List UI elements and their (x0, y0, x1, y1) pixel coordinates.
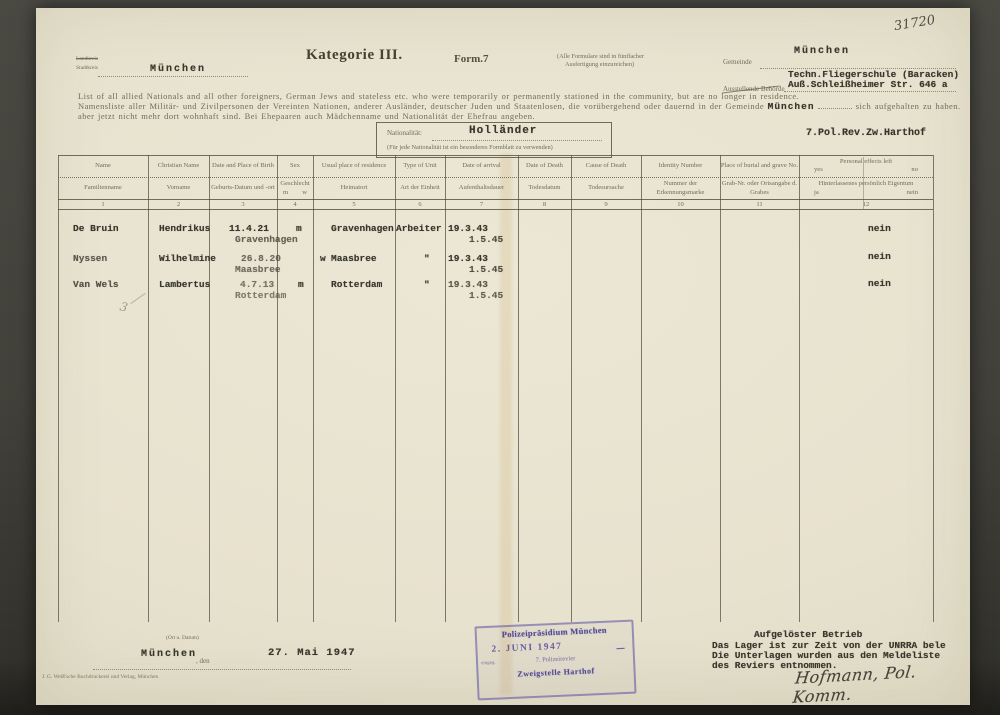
stamp-authority: Polizeipräsidium München (477, 624, 632, 641)
kreis-label-struck: Landkreis (76, 56, 98, 62)
cell-surname: De Bruin (73, 223, 119, 234)
copies-note-line1: (Alle Formulare sind in fünffacher (557, 53, 644, 60)
cell-unit: " (424, 253, 430, 264)
col-arrival-header-en: Date of arrival (445, 156, 518, 176)
kreis-label: Stadtkreis (76, 65, 98, 71)
page-title: Kategorie III. (306, 47, 403, 64)
col-residence-header-de: Heimatort (313, 179, 395, 198)
intro-german-part1: Namensliste aller Militär- und Zivilpers… (78, 101, 764, 111)
col-number: 8 (518, 201, 571, 209)
cell-birth-place: Gravenhagen (235, 234, 298, 245)
col-sex-header-de: Geschlecht m w (277, 179, 313, 198)
cell-arrival-date: 19.3.43 (448, 223, 488, 234)
nationality-label: Nationalität: (387, 129, 422, 137)
table-header-dotted-line (58, 176, 933, 178)
cell-sex: w (320, 253, 326, 264)
col-sex-header-en: Sex (277, 156, 313, 176)
col-residence-header-en: Usual place of residence (313, 156, 395, 176)
table-row: Nyssen Wilhelmine 26.8.20 Maasbree w Maa… (36, 253, 970, 279)
effects-no-label: no (911, 166, 918, 174)
footer-date: 27. Mai 1947 (268, 647, 356, 659)
col-effects-header-en: Personal effects left yes no (799, 156, 933, 176)
col-number: 2 (148, 201, 209, 209)
cell-sex: m (298, 279, 304, 290)
col-number: 7 (445, 201, 518, 209)
table-header-line (58, 199, 933, 200)
cell-residence: Rotterdam (331, 279, 382, 290)
cell-departure-date: 1.5.45 (469, 264, 503, 275)
cell-departure-date: 1.5.45 (469, 290, 503, 301)
table-header-bottom-line (58, 209, 933, 210)
intro-inline-city: München (768, 101, 815, 112)
dotted-gap (818, 101, 852, 109)
col-identity-header-en: Identity Number (641, 156, 720, 176)
intro-english: List of all allied Nationals and all oth… (78, 91, 799, 101)
col-death-date-header-de: Todesdatum (518, 179, 571, 198)
cell-effects-no: nein (868, 251, 891, 262)
col-death-cause-header-en: Cause of Death (571, 156, 641, 176)
col-birth-header-en: Date and Place of Birth (209, 156, 277, 176)
col-christian-name-header-de: Vorname (148, 179, 209, 198)
cell-surname: Van Wels (73, 279, 119, 290)
col-number: 6 (395, 201, 445, 209)
dotted-line (93, 668, 351, 670)
col-birth-header-de: Geburts-Datum und -ort (209, 179, 277, 198)
col-number: 4 (277, 201, 313, 209)
dotted-line (98, 75, 248, 77)
stamp-date: 2. JUNI 1947 (491, 642, 562, 655)
col-identity-header-de: Nummer der Erkennungsmarke (641, 179, 720, 198)
cell-arrival-date: 19.3.43 (448, 279, 488, 290)
stamp-precinct: 7. Polizeirevier (478, 653, 633, 667)
col-burial-header-de: Grab-Nr. oder Ortsangabe d. Grabes (720, 179, 799, 198)
cell-birth-date: 26.8.20 (241, 253, 281, 264)
handwritten-number: 31720 (893, 13, 936, 34)
place-date-caption: (Ort u. Datum) (166, 635, 199, 641)
kreis-value: München (150, 64, 206, 75)
nationality-value: Holländer (469, 125, 537, 137)
effects-ja-label: ja (814, 189, 819, 197)
cell-effects-no: nein (868, 278, 891, 289)
cell-birth-place: Rotterdam (235, 290, 286, 301)
nationality-note: (Für jede Nationalität ist ein besondere… (387, 144, 553, 151)
cell-birth-date: 4.7.13 (240, 279, 274, 290)
cell-effects-no: nein (868, 223, 891, 234)
gemeinde-label: Gemeinde (723, 58, 752, 66)
dotted-line (432, 139, 602, 141)
col-number: 3 (209, 201, 277, 209)
col-number: 5 (313, 201, 395, 209)
police-stamp: Polizeipräsidium München 2. JUNI 1947 – … (474, 620, 636, 701)
document-paper: 31720 Kategorie III. Form.7 (Alle Formul… (36, 8, 970, 705)
col-number: 10 (641, 201, 720, 209)
col-unit-header-en: Type of Unit (395, 156, 445, 176)
col-name-header-en: Name (58, 156, 148, 176)
cell-birth-place: Maasbree (235, 264, 281, 275)
cell-residence: Gravenhagen (331, 223, 394, 234)
pencil-mark: 3 (118, 299, 129, 314)
gemeinde-value: München (794, 46, 850, 57)
col-death-cause-header-de: Todesursache (571, 179, 641, 198)
col-unit-header-de: Art der Einheit (395, 179, 445, 198)
cell-first-name: Lambertus (159, 279, 210, 290)
table-row: Van Wels Lambertus 4.7.13 Rotterdam m Ro… (36, 279, 970, 305)
col-name-header-de: Familienname (58, 179, 148, 198)
intro-german-line3: aber jetzt nicht mehr dort wohnhaft sind… (78, 111, 535, 121)
col-number: 12 (799, 201, 933, 209)
cell-birth-date: 11.4.21 (229, 223, 269, 234)
col-death-date-header-en: Date of Death (518, 156, 571, 176)
cell-departure-date: 1.5.45 (469, 234, 503, 245)
footer-place: München (141, 649, 197, 660)
scan-background: 31720 Kategorie III. Form.7 (Alle Formul… (0, 0, 1000, 715)
remark-title: Aufgelöster Betrieb (754, 629, 862, 640)
table-row: De Bruin Hendrikus 11.4.21 Gravenhagen m… (36, 223, 970, 249)
col-number: 11 (720, 201, 799, 209)
cell-unit: " (424, 279, 430, 290)
col-christian-name-header-en: Christian Name (148, 156, 209, 176)
col-number: 1 (58, 201, 148, 209)
cell-first-name: Hendrikus (159, 223, 210, 234)
col-arrival-header-de: Aufenthaltsdauer (445, 179, 518, 198)
cell-unit: Arbeiter (396, 223, 442, 234)
copies-note-line2: Ausfertigung einzureichen) (565, 61, 634, 68)
cell-arrival-date: 19.3.43 (448, 253, 488, 264)
col-number: 9 (571, 201, 641, 209)
sex-w-label: w (302, 189, 307, 197)
stamp-branch: Zweigstelle Harthof (478, 665, 633, 681)
form-number: Form.7 (454, 53, 489, 65)
effects-yes-label: yes (814, 166, 823, 174)
issuing-authority-value-2: Auß.Schleißheimer Str. 646 a (788, 79, 948, 90)
dotted-line (784, 90, 956, 92)
printer-imprint: J. G. Weiß'sche Buchdruckerei und Verlag… (42, 674, 158, 680)
police-station: 7.Pol.Rev.Zw.Harthof (806, 128, 926, 139)
den-label: , den (196, 657, 210, 665)
intro-german-part2: sich aufgehalten zu haben. (856, 101, 961, 111)
nationality-box: Nationalität: Holländer (Für jede Nation… (376, 122, 612, 158)
col-burial-header-en: Place of burial and grave No. (720, 156, 799, 176)
col-effects-header-de: Hinterlassenes persönlich Eigentum ja ne… (799, 179, 933, 198)
cell-surname: Nyssen (73, 253, 107, 264)
sex-m-label: m (283, 189, 288, 197)
effects-nein-label: nein (907, 189, 918, 197)
cell-residence: Maasbree (331, 253, 377, 264)
cell-sex: m (296, 223, 302, 234)
cell-first-name: Wilhelmine (159, 253, 216, 264)
